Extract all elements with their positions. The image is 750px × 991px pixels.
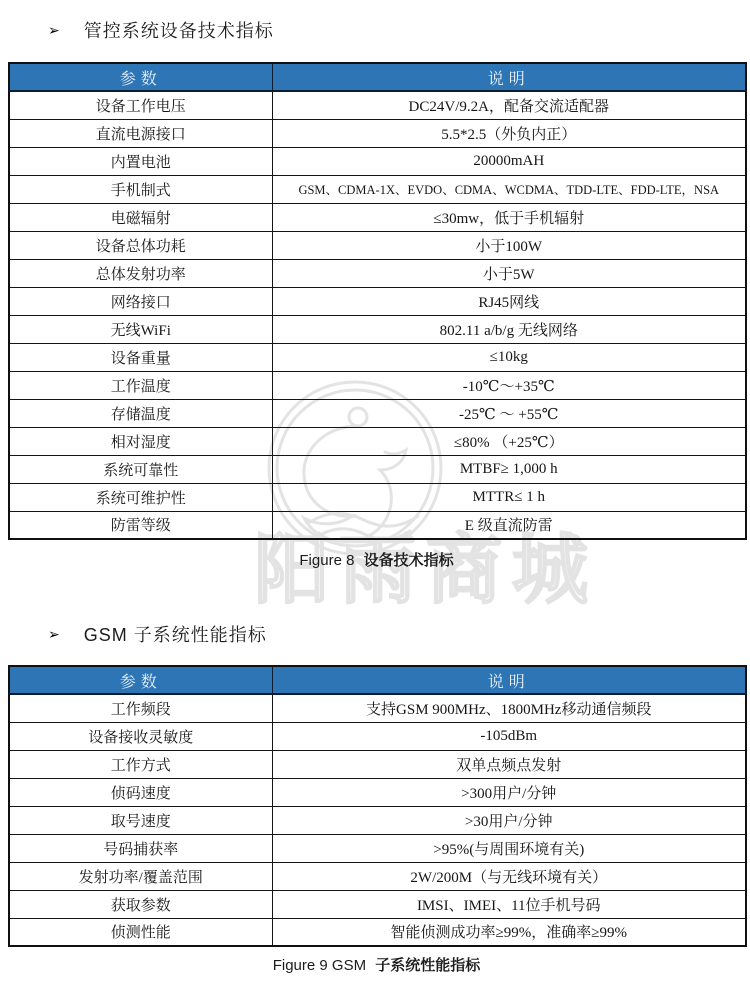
table-row: 相对湿度≤80% （+25℃） [9, 427, 746, 455]
table-row: 工作方式双单点频点发射 [9, 750, 746, 778]
section-heading-label: GSM 子系统性能指标 [84, 621, 267, 647]
param-cell: 工作温度 [9, 371, 272, 399]
param-cell: 号码捕获率 [9, 834, 272, 862]
table-row: 发射功率/覆盖范围2W/200M（与无线环境有关） [9, 862, 746, 890]
param-cell: 电磁辐射 [9, 203, 272, 231]
desc-cell: E 级直流防雷 [272, 511, 746, 539]
arrow-bullet-icon: ➢ [48, 22, 60, 39]
desc-cell: MTTR≤ 1 h [272, 483, 746, 511]
param-cell: 侦测性能 [9, 918, 272, 946]
table-row: 侦测性能智能侦测成功率≥99%，准确率≥99% [9, 918, 746, 946]
param-cell: 侦码速度 [9, 778, 272, 806]
param-cell: 工作方式 [9, 750, 272, 778]
param-cell: 存储温度 [9, 399, 272, 427]
param-cell: 取号速度 [9, 806, 272, 834]
desc-cell: ≤30mw，低于手机辐射 [272, 203, 746, 231]
caption-prefix: Figure 8 [299, 552, 354, 569]
figure-caption-9: Figure 9 GSM 子系统性能指标 [8, 955, 745, 977]
param-cell: 工作频段 [9, 694, 272, 722]
param-cell: 设备总体功耗 [9, 231, 272, 259]
table-row: 取号速度>30用户/分钟 [9, 806, 746, 834]
table-row: 工作温度-10℃～+35℃ [9, 371, 746, 399]
desc-cell: 5.5*2.5（外负内正） [272, 119, 746, 147]
param-cell: 总体发射功率 [9, 259, 272, 287]
table-row: 号码捕获率>95%(与周围环境有关) [9, 834, 746, 862]
param-cell: 系统可维护性 [9, 483, 272, 511]
caption-title: 子系统性能指标 [375, 957, 480, 974]
param-cell: 设备重量 [9, 343, 272, 371]
desc-cell: >30用户/分钟 [272, 806, 746, 834]
desc-cell: 802.11 a/b/g 无线网络 [272, 315, 746, 343]
table-row: 总体发射功率小于5W [9, 259, 746, 287]
desc-cell: -10℃～+35℃ [272, 371, 746, 399]
table-row: 网络接口RJ45网线 [9, 287, 746, 315]
table-row: 系统可靠性MTBF≥ 1,000 h [9, 455, 746, 483]
section-heading-label: 管控系统设备技术指标 [84, 17, 274, 43]
column-header-param: 参数 [9, 63, 272, 91]
arrow-bullet-icon: ➢ [48, 626, 60, 643]
table-row: 直流电源接口5.5*2.5（外负内正） [9, 119, 746, 147]
desc-cell: 2W/200M（与无线环境有关） [272, 862, 746, 890]
desc-cell: 小于100W [272, 231, 746, 259]
caption-title: 设备技术指标 [364, 552, 454, 569]
caption-prefix: Figure 9 GSM [273, 957, 366, 974]
table-row: 电磁辐射≤30mw，低于手机辐射 [9, 203, 746, 231]
desc-cell: 双单点频点发射 [272, 750, 746, 778]
param-cell: 防雷等级 [9, 511, 272, 539]
column-header-desc: 说明 [272, 63, 746, 91]
table-row: 设备工作电压DC24V/9.2A，配备交流适配器 [9, 91, 746, 119]
table-row: 设备总体功耗小于100W [9, 231, 746, 259]
desc-cell: >95%(与周围环境有关) [272, 834, 746, 862]
table-row: 防雷等级E 级直流防雷 [9, 511, 746, 539]
table-row: 无线WiFi802.11 a/b/g 无线网络 [9, 315, 746, 343]
table-row: 手机制式GSM、CDMA-1X、EVDO、CDMA、WCDMA、TDD-LTE、… [9, 175, 746, 203]
desc-cell: >300用户/分钟 [272, 778, 746, 806]
column-header-desc: 说明 [272, 666, 746, 694]
param-cell: 设备工作电压 [9, 91, 272, 119]
table-row: 内置电池20000mAH [9, 147, 746, 175]
section-heading-device-specs: ➢ 管控系统设备技术指标 [48, 16, 750, 44]
desc-cell: ≤10kg [272, 343, 746, 371]
desc-cell: 20000mAH [272, 147, 746, 175]
param-cell: 网络接口 [9, 287, 272, 315]
param-cell: 手机制式 [9, 175, 272, 203]
column-header-param: 参数 [9, 666, 272, 694]
param-cell: 系统可靠性 [9, 455, 272, 483]
desc-cell: MTBF≥ 1,000 h [272, 455, 746, 483]
table-row: 工作频段支持GSM 900MHz、1800MHz移动通信频段 [9, 694, 746, 722]
gsm-spec-table: 参数 说明 工作频段支持GSM 900MHz、1800MHz移动通信频段设备接收… [8, 665, 747, 947]
desc-cell: DC24V/9.2A，配备交流适配器 [272, 91, 746, 119]
desc-cell: 智能侦测成功率≥99%，准确率≥99% [272, 918, 746, 946]
table-row: 设备接收灵敏度-105dBm [9, 722, 746, 750]
section-heading-gsm-specs: ➢ GSM 子系统性能指标 [48, 620, 750, 648]
table-header-row: 参数 说明 [9, 63, 746, 91]
desc-cell: 支持GSM 900MHz、1800MHz移动通信频段 [272, 694, 746, 722]
figure-caption-8: Figure 8 设备技术指标 [8, 550, 745, 572]
desc-cell: RJ45网线 [272, 287, 746, 315]
param-cell: 无线WiFi [9, 315, 272, 343]
table-row: 侦码速度>300用户/分钟 [9, 778, 746, 806]
desc-cell: 小于5W [272, 259, 746, 287]
table-row: 设备重量≤10kg [9, 343, 746, 371]
param-cell: 直流电源接口 [9, 119, 272, 147]
param-cell: 内置电池 [9, 147, 272, 175]
param-cell: 获取参数 [9, 890, 272, 918]
param-cell: 发射功率/覆盖范围 [9, 862, 272, 890]
table-row: 系统可维护性MTTR≤ 1 h [9, 483, 746, 511]
desc-cell: GSM、CDMA-1X、EVDO、CDMA、WCDMA、TDD-LTE、FDD-… [272, 175, 746, 203]
desc-cell: IMSI、IMEI、11位手机号码 [272, 890, 746, 918]
table-row: 获取参数IMSI、IMEI、11位手机号码 [9, 890, 746, 918]
desc-cell: -25℃ ～ +55℃ [272, 399, 746, 427]
desc-cell: -105dBm [272, 722, 746, 750]
param-cell: 设备接收灵敏度 [9, 722, 272, 750]
param-cell: 相对湿度 [9, 427, 272, 455]
desc-cell: ≤80% （+25℃） [272, 427, 746, 455]
device-spec-table: 参数 说明 设备工作电压DC24V/9.2A，配备交流适配器直流电源接口5.5*… [8, 62, 747, 540]
table-header-row: 参数 说明 [9, 666, 746, 694]
table-row: 存储温度-25℃ ～ +55℃ [9, 399, 746, 427]
